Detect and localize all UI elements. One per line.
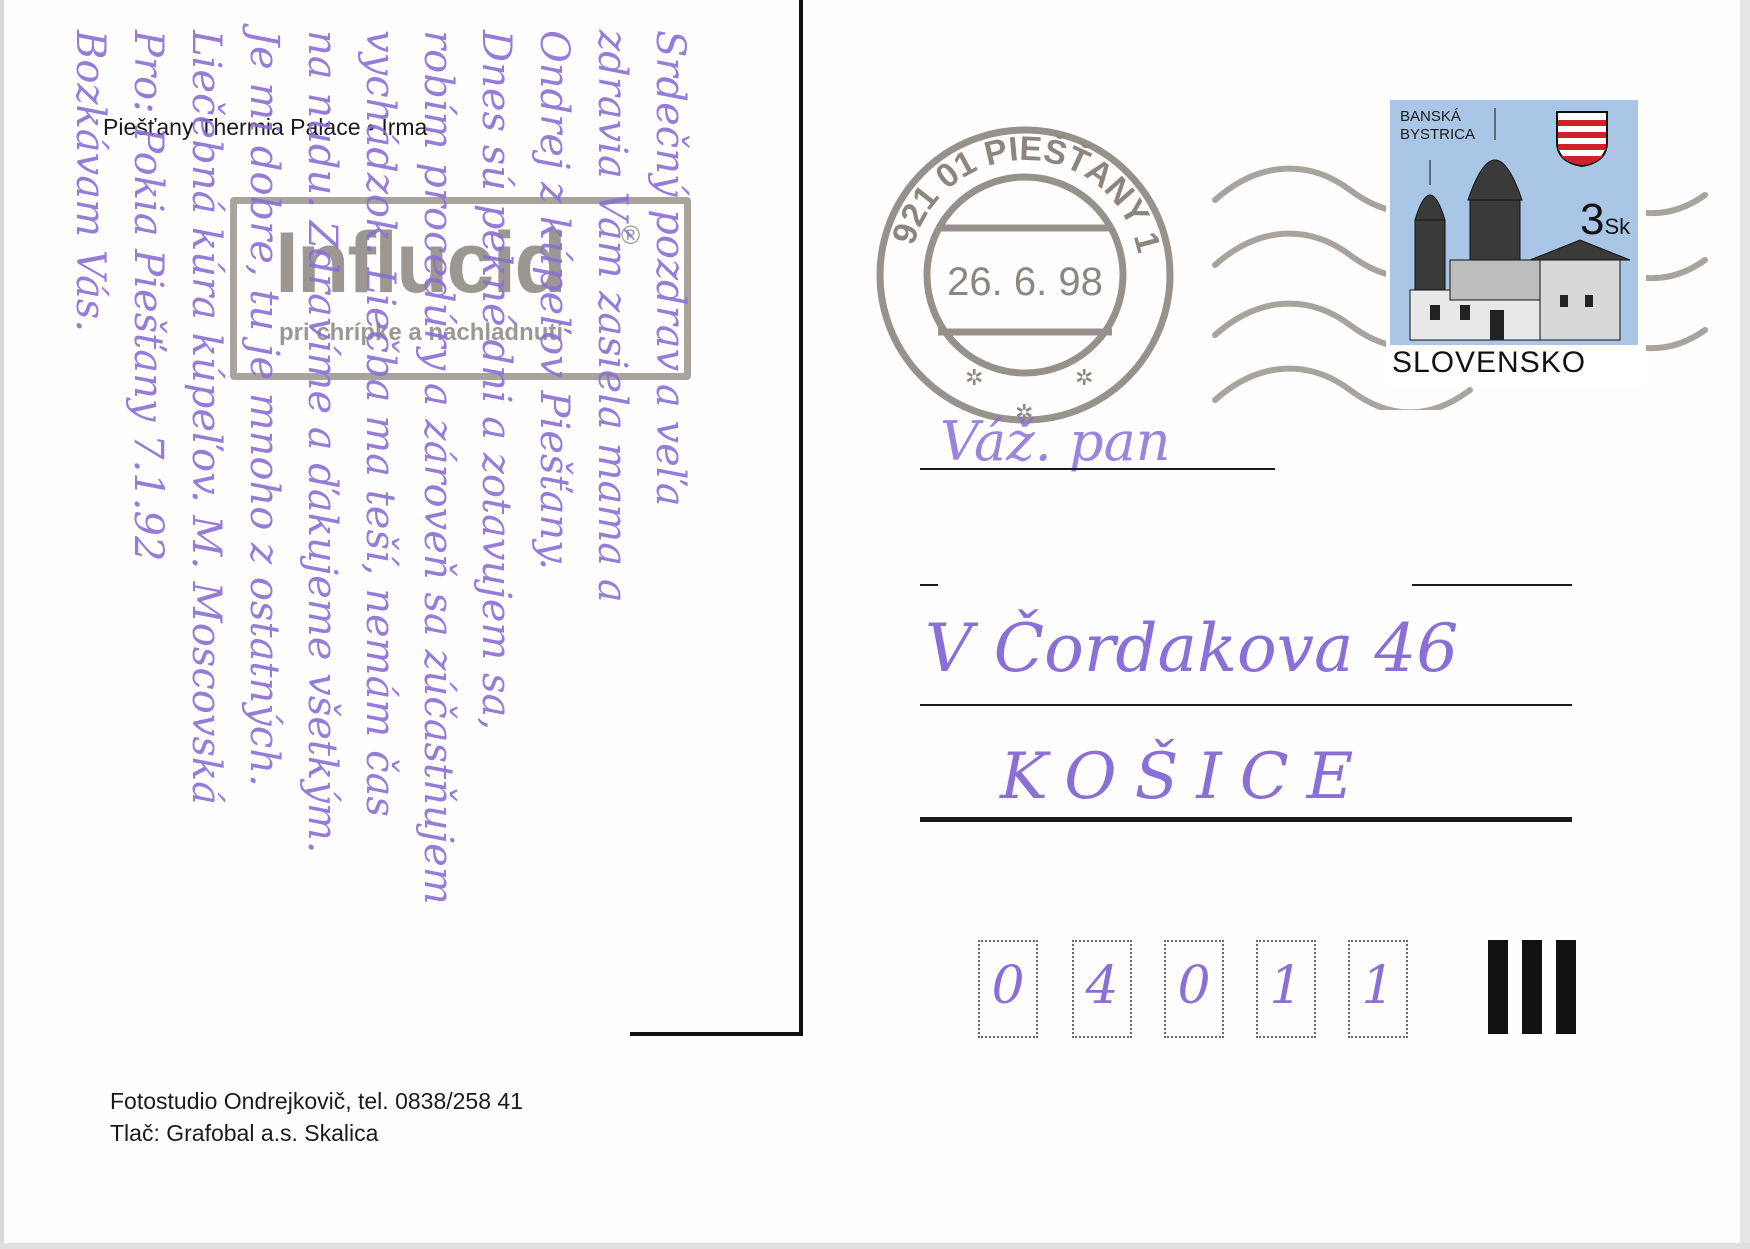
message-line: Pro: Pokia Piešťany 7.1.92 [119,30,177,1150]
message-line: robím procedúry a zároveň sa zúčastňujem [409,30,467,1150]
svg-text:✲: ✲ [965,365,983,390]
message-line: Liečebná kúra kúpeľov. M. Moscovská [177,30,235,1150]
card-edge-right [1740,0,1750,1249]
message-line: Bozkávam Vás. [61,30,119,1150]
postal-code-box: 4 [1072,940,1132,1038]
postal-code-box: 0 [1164,940,1224,1038]
postcard-back: Piešťany Thermia Palace • Irma Fotostudi… [0,0,1750,1249]
postal-code-box: 1 [1348,940,1408,1038]
message-line: zdravia Vám zasiela mama a [583,30,641,1150]
message-line: Ondrej z kúpeľov Piešťany. [525,30,583,1150]
stamp-church-image: BANSKÁ BYSTRICA [1390,100,1638,345]
postmark: 921 01 PIEŠŤANY 1 26. 6. 98 ✲ ✲ ✲ [870,120,1180,430]
message-line: Dnes sú pekné dni a zotavujem sa, [467,30,525,1150]
address-line-2-stub [920,584,938,586]
address-city: KOŠICE [1000,740,1371,814]
postage-stamp: BANSKÁ BYSTRICA [1386,96,1646,386]
handwritten-message: Srdečný pozdrav a veľazdravia Vám zasiel… [61,30,699,1150]
address-salutation: Váž. pan [940,410,1171,473]
postal-code-box: 0 [978,940,1038,1038]
address-line-3 [920,704,1572,706]
address-line-2 [1412,584,1572,586]
address-line-1 [920,468,1275,470]
card-edge-left [0,0,4,1249]
message-line: na nudu. Zdravíme a ďakujeme všetkým. [293,30,351,1150]
message-line: Je mi dobre, tu je mnoho z ostatných. [235,30,293,1150]
address-street: V Čordakova 46 [925,610,1458,687]
stamp-value: 3Sk [1580,195,1630,245]
postal-code-box: 1 [1256,940,1316,1038]
divider-vertical [799,0,803,1036]
svg-text:✲: ✲ [1075,365,1093,390]
address-line-4 [920,817,1572,822]
message-line: vychádzok. Liečba ma teší, nemám čas [351,30,409,1150]
svg-text:921 01 PIEŠŤANY 1: 921 01 PIEŠŤANY 1 [885,130,1168,257]
message-line: Srdečný pozdrav a veľa [641,30,699,1150]
stamp-country: SLOVENSKO [1392,346,1586,380]
svg-text:26. 6. 98: 26. 6. 98 [947,260,1103,304]
card-edge-bottom [0,1243,1750,1249]
